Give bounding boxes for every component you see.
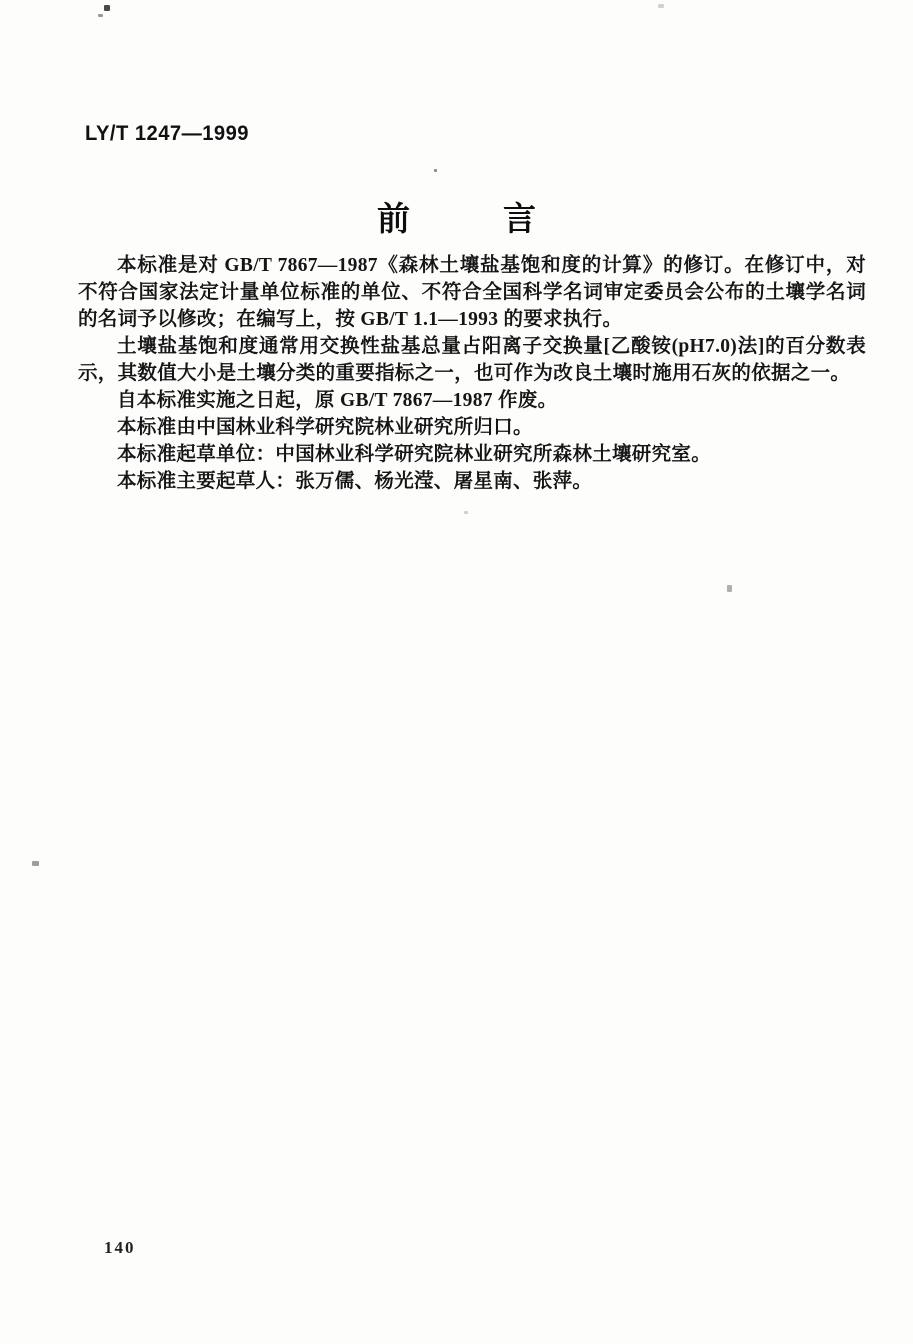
paragraph-centralized-by: 本标准由中国林业科学研究院林业研究所归口。	[78, 414, 866, 441]
scan-artifact	[434, 169, 437, 172]
page-title-char-1: 前	[377, 193, 410, 240]
paragraph-supersedes: 自本标准实施之日起，原 GB/T 7867—1987 作废。	[78, 387, 866, 414]
scan-artifact	[104, 5, 110, 11]
scan-artifact	[727, 585, 732, 592]
paragraph-definition: 土壤盐基饱和度通常用交换性盐基总量占阳离子交换量[乙酸铵(pH7.0)法]的百分…	[78, 333, 866, 387]
scanned-document-page: LY/T 1247—1999 前 言 本标准是对 GB/T 7867—1987《…	[0, 0, 913, 1344]
foreword-body: 本标准是对 GB/T 7867—1987《森林土壤盐基饱和度的计算》的修订。在修…	[78, 252, 866, 495]
standard-code-header: LY/T 1247—1999	[85, 122, 249, 146]
paragraph-drafters: 本标准主要起草人：张万儒、杨光滢、屠星南、张萍。	[78, 468, 866, 495]
scan-artifact	[98, 14, 103, 17]
page-title-char-2: 言	[503, 193, 536, 240]
scan-artifact	[464, 511, 468, 514]
page-title: 前 言	[0, 193, 913, 240]
scan-artifact	[32, 861, 39, 866]
paragraph-drafting-organization: 本标准起草单位：中国林业科学研究院林业研究所森林土壤研究室。	[78, 441, 866, 468]
scan-artifact	[658, 4, 664, 8]
paragraph-revision-note: 本标准是对 GB/T 7867—1987《森林土壤盐基饱和度的计算》的修订。在修…	[78, 252, 866, 333]
page-number: 140	[104, 1238, 136, 1258]
